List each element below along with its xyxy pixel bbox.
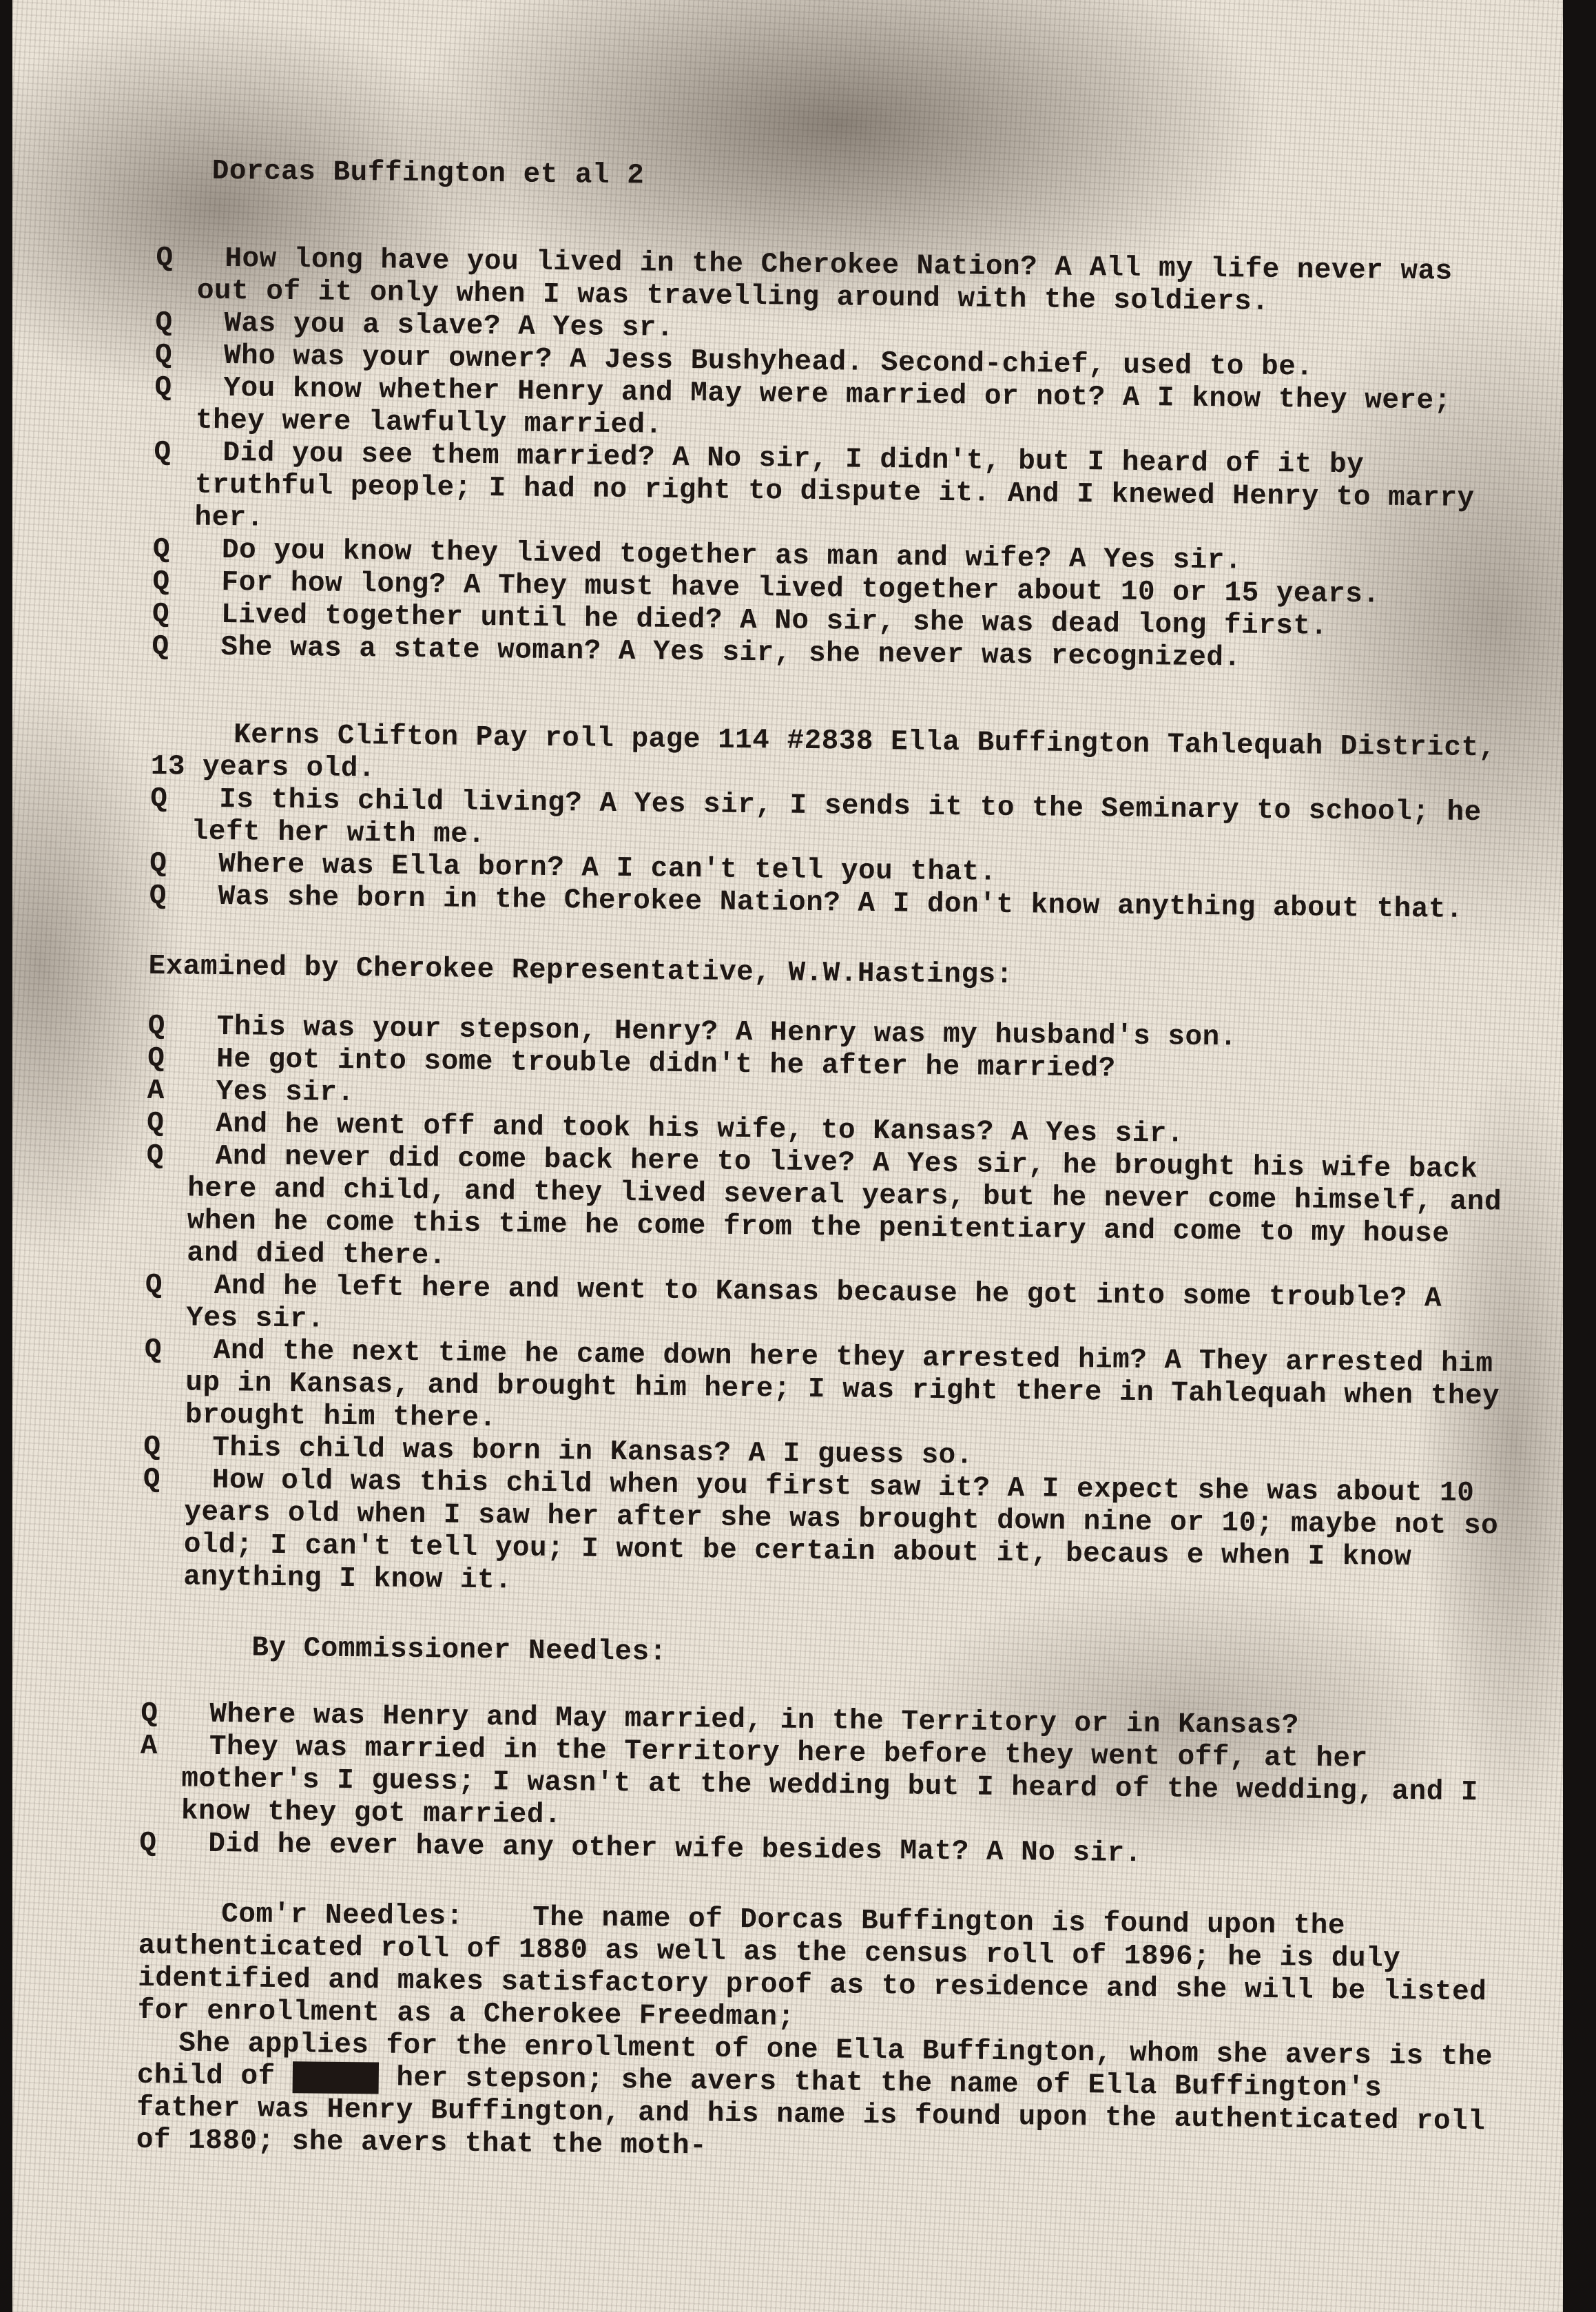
section-child-testimony: QIs this child living? A Yes sir, I send… bbox=[149, 783, 1514, 927]
qa-text: How old was this child when you first sa… bbox=[183, 1465, 1507, 1608]
qa-marker: Q bbox=[148, 1011, 189, 1044]
qa-marker: Q bbox=[152, 566, 194, 599]
qa-marker: Q bbox=[155, 340, 196, 373]
qa-marker: Q bbox=[154, 372, 196, 437]
struck-out-word: Henry bbox=[293, 2061, 380, 2094]
qa-marker: Q bbox=[153, 437, 195, 535]
qa-marker: Q bbox=[149, 848, 191, 881]
qa-marker: A bbox=[147, 1075, 189, 1108]
qa-item: QAnd the next time he came down here the… bbox=[144, 1334, 1509, 1446]
qa-item: QDid you see them married? A No sir, I d… bbox=[153, 437, 1517, 548]
qa-marker: Q bbox=[152, 599, 194, 632]
commissioner-ruling: Com'r Needles: The name of Dorcas Buffin… bbox=[136, 1898, 1503, 2171]
qa-marker: Q bbox=[149, 880, 190, 914]
qa-marker: Q bbox=[145, 1270, 187, 1335]
qa-marker: Q bbox=[152, 631, 193, 664]
section-cross-examination: QThis was your stepson, Henry? A Henry w… bbox=[142, 1011, 1512, 1608]
qa-marker: Q bbox=[147, 1043, 189, 1076]
qa-marker: Q bbox=[149, 783, 191, 849]
document-page: Dorcas Buffington et al 2 QHow long have… bbox=[12, 0, 1563, 2312]
qa-marker: Q bbox=[147, 1108, 188, 1141]
qa-marker: Q bbox=[143, 1432, 185, 1465]
qa-text: And never did come back here to live? A … bbox=[187, 1141, 1511, 1284]
photo-border-right bbox=[1563, 0, 1596, 2312]
qa-marker: Q bbox=[156, 242, 198, 308]
qa-item: AThey was married in the Territory here … bbox=[140, 1731, 1504, 1842]
ruling-paragraph-2: She applies for the enrollment of one El… bbox=[136, 2027, 1502, 2171]
ruling-speaker: Com'r Needles: bbox=[221, 1899, 464, 1933]
qa-marker: Q bbox=[144, 1334, 186, 1432]
qa-marker: Q bbox=[145, 1140, 188, 1270]
typed-transcript: Dorcas Buffington et al 2 QHow long have… bbox=[136, 155, 1521, 2171]
qa-marker: Q bbox=[142, 1464, 185, 1594]
qa-item: QAnd never did come back here to live? A… bbox=[145, 1140, 1511, 1284]
qa-text: And the next time he came down here they… bbox=[185, 1335, 1509, 1446]
qa-text: They was married in the Territory here b… bbox=[181, 1731, 1504, 1842]
qa-item: QHow old was this child when you first s… bbox=[142, 1464, 1507, 1608]
qa-marker: A bbox=[140, 1731, 182, 1828]
page-header: Dorcas Buffington et al 2 bbox=[212, 156, 1521, 202]
qa-marker: Q bbox=[153, 534, 194, 567]
ruling-paragraph-1: Com'r Needles: The name of Dorcas Buffin… bbox=[138, 1898, 1503, 2042]
section-residence-testimony: QHow long have you lived in the Cherokee… bbox=[152, 242, 1520, 678]
qa-marker: Q bbox=[139, 1828, 180, 1861]
photo-border-left bbox=[0, 0, 12, 2312]
section-commissioner-questions: QWhere was Henry and May married, in the… bbox=[139, 1698, 1504, 1875]
qa-marker: Q bbox=[141, 1698, 182, 1731]
qa-marker: Q bbox=[155, 307, 196, 340]
qa-text: Did you see them married? A No sir, I di… bbox=[194, 437, 1517, 548]
